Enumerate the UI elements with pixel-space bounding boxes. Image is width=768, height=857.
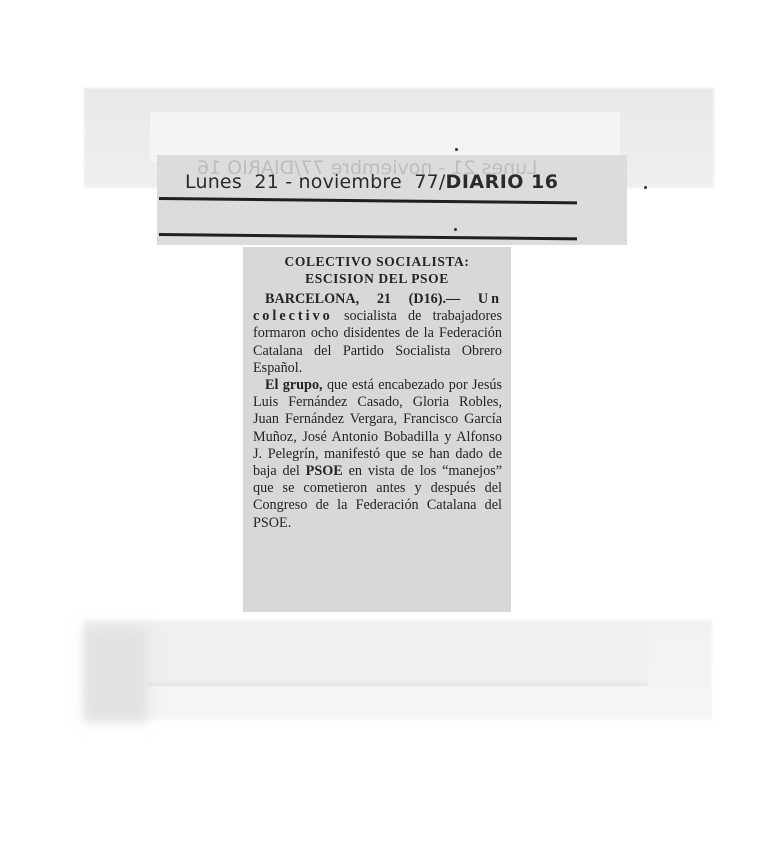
article-headline: COLECTIVO SOCIALISTA: ESCISION DEL PSOE [243, 253, 511, 287]
header-dateline: Lunes 21 - noviembre 77/DIARIO 16 [185, 171, 559, 193]
header-day: Lunes [185, 171, 242, 193]
header-rule-top [159, 197, 577, 204]
article-body: BARCELONA, 21 (D16).— Un colectivo socia… [253, 291, 502, 532]
headline-line-1: COLECTIVO SOCIALISTA: [243, 253, 511, 270]
header-date: 21 - noviembre [254, 171, 401, 193]
header-rule-bottom [159, 233, 577, 240]
tape-smudge [84, 626, 148, 722]
paragraph-2-lead: El grupo, [265, 377, 323, 393]
headline-line-2: ESCISION DEL PSOE [243, 270, 511, 287]
newspaper-header-strip: Lunes 21 - noviembre 77/DIARIO 16 Lunes … [157, 155, 627, 245]
print-speck [644, 186, 647, 189]
adhesive-tape-bottom-inner [148, 624, 648, 685]
article-paragraph-1: BARCELONA, 21 (D16).— Un colectivo socia… [253, 291, 502, 377]
article-paragraph-2: El grupo, que está encabezado por Jesús … [253, 377, 502, 532]
paragraph-2-psoe: PSOE [306, 463, 343, 479]
header-year: 77/ [414, 171, 445, 193]
article-dateline: BARCELONA, 21 (D16).— [265, 291, 460, 307]
print-speck [455, 148, 458, 151]
article-clipping: COLECTIVO SOCIALISTA: ESCISION DEL PSOE … [243, 247, 511, 612]
newspaper-masthead: DIARIO 16 [446, 171, 559, 193]
print-speck [454, 228, 457, 231]
